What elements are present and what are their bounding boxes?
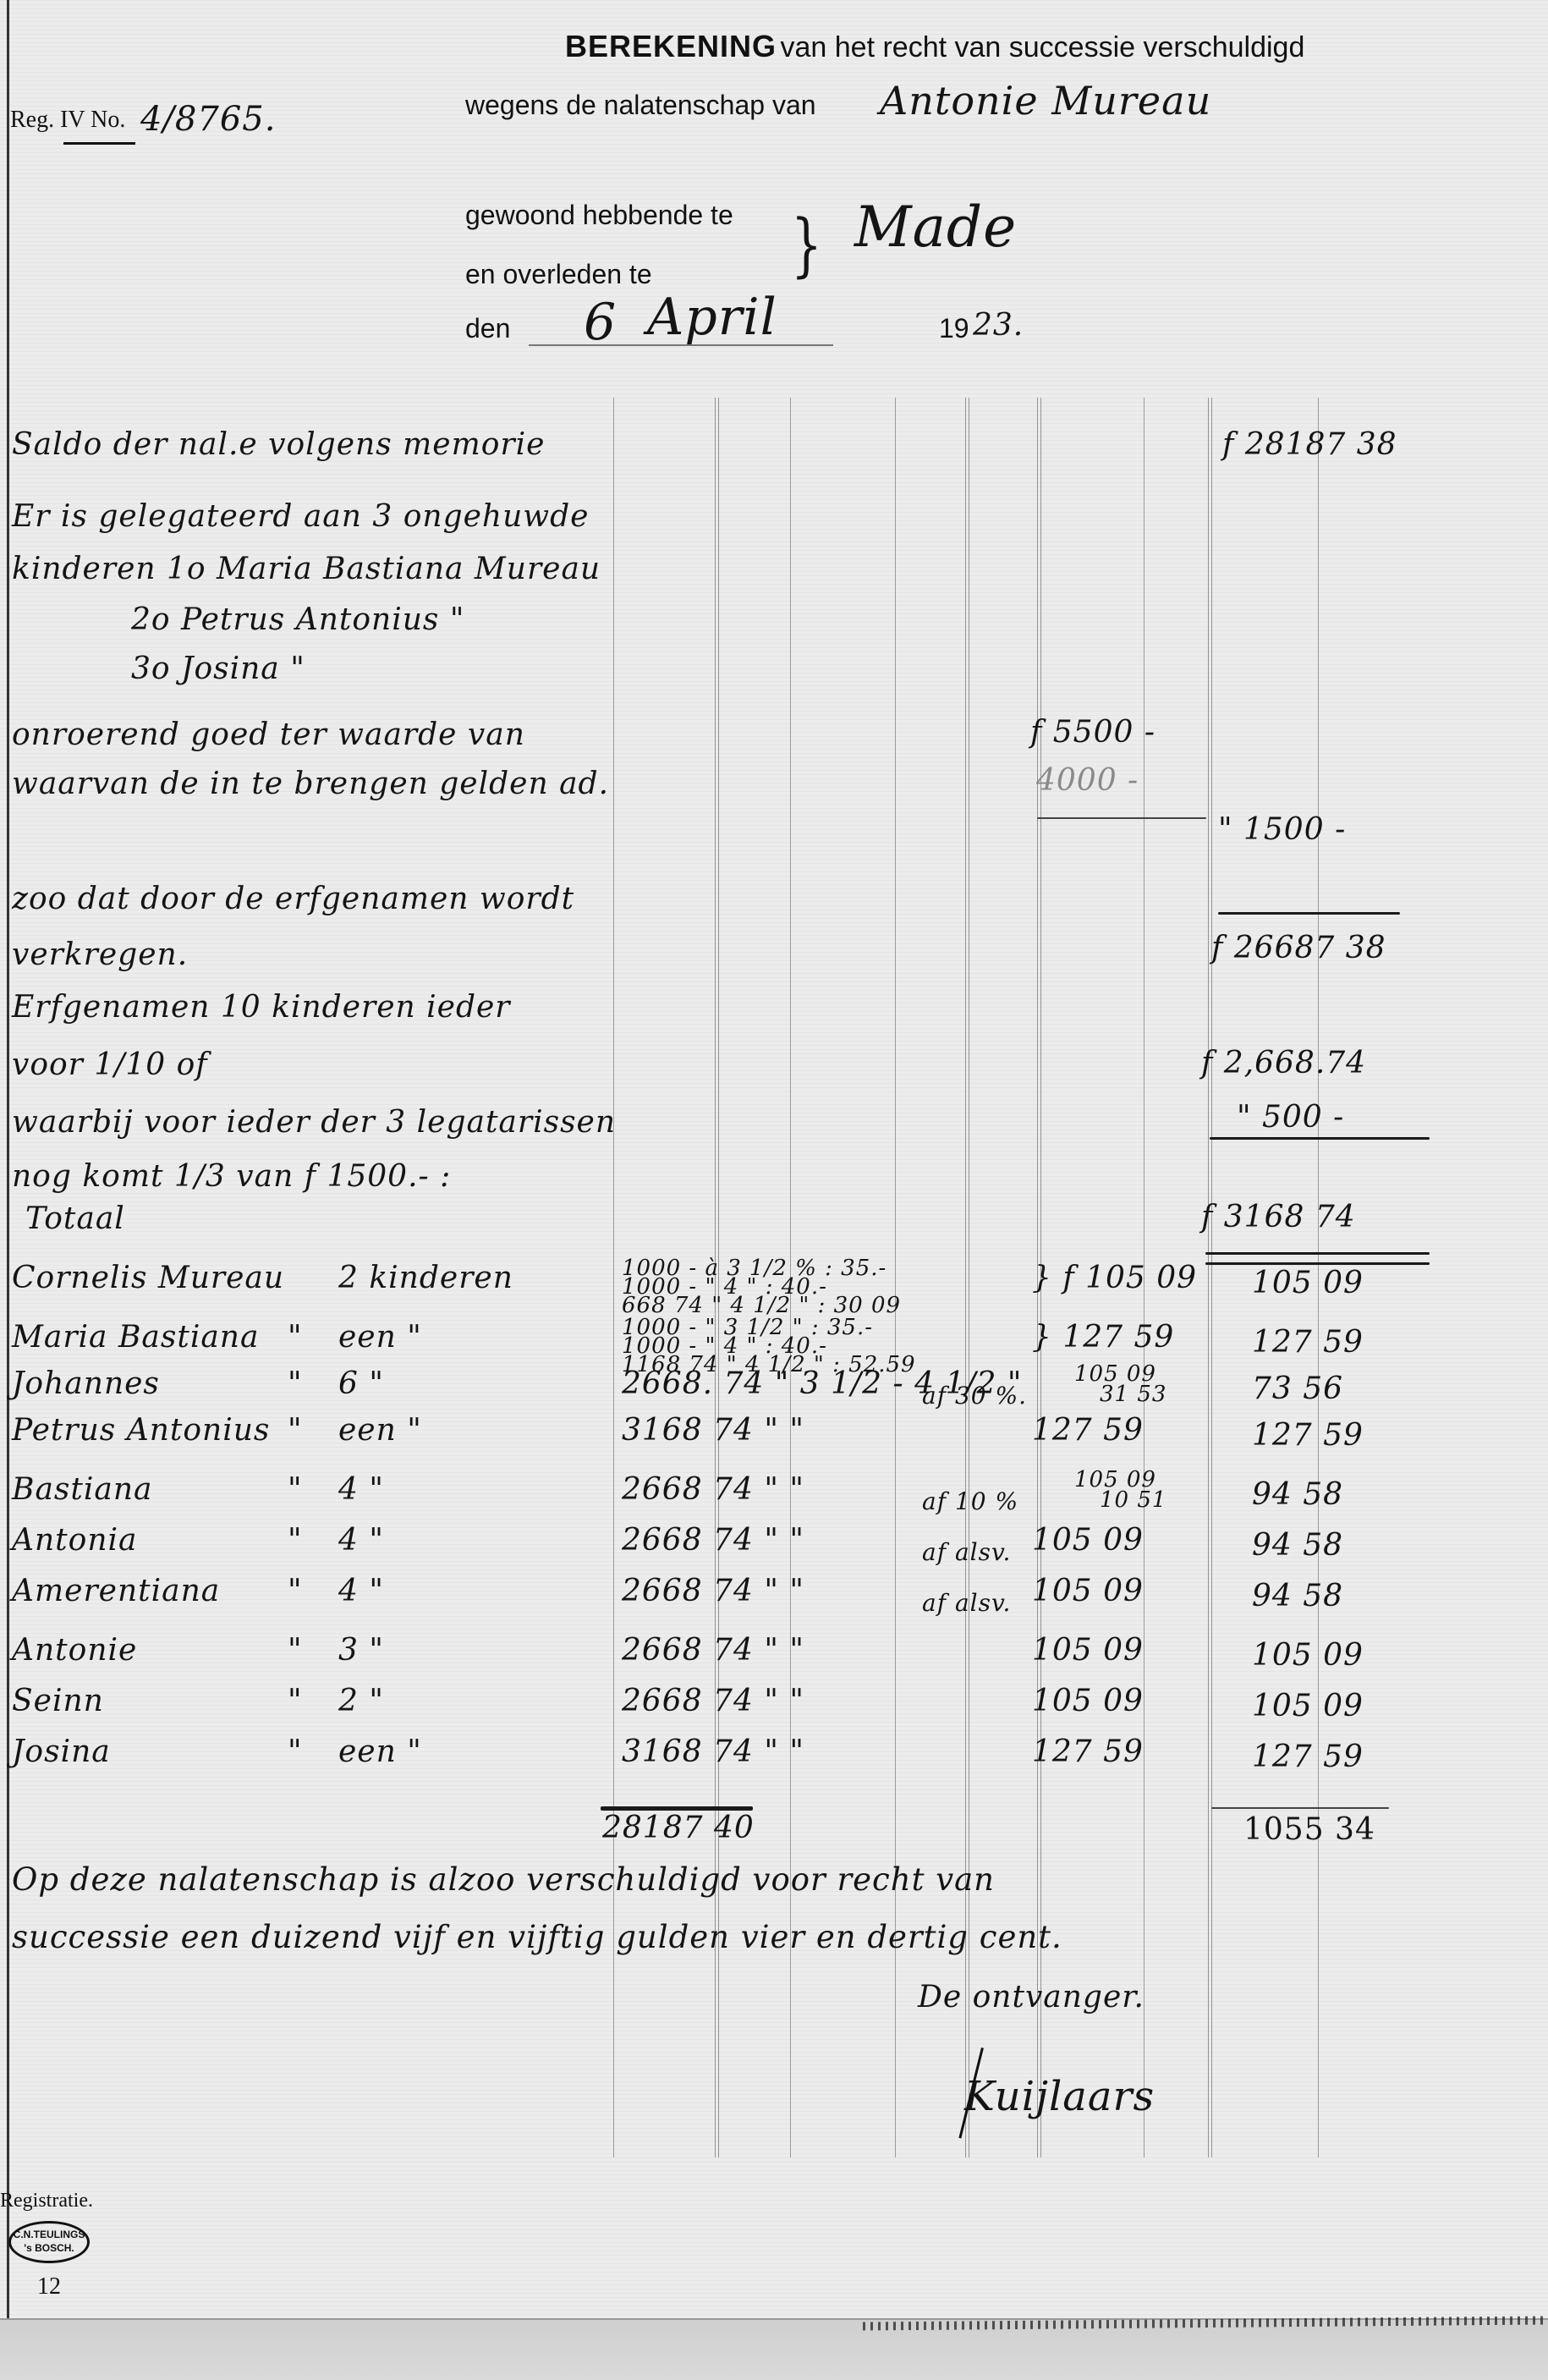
heir-deduction-note: af 10 % bbox=[922, 1487, 1018, 1515]
place-bracket: } bbox=[791, 204, 823, 284]
heir-children: 4 " bbox=[338, 1574, 384, 1608]
heir-children: 4 " bbox=[338, 1472, 384, 1507]
residence-label: gewoond hebbende te bbox=[465, 200, 733, 231]
heir-tax-net: 94 58 bbox=[1252, 1477, 1343, 1512]
heir-tax-gross: 127 59 bbox=[1032, 1734, 1144, 1769]
calc-line: 3o Josina " bbox=[131, 651, 305, 686]
base-total: 28187 40 bbox=[602, 1811, 755, 1845]
date-underline bbox=[529, 344, 833, 346]
calc-line: Erfgenamen 10 kinderen ieder bbox=[12, 990, 511, 1025]
heir-deduction-note: af 30 %. bbox=[922, 1382, 1027, 1410]
heir-name: Cornelis Mureau bbox=[12, 1261, 284, 1295]
heir-ditto: " bbox=[288, 1320, 303, 1355]
conclusion-line: successie een duizend vijf en vijftig gu… bbox=[12, 1919, 1062, 1955]
heir-children: een " bbox=[338, 1413, 422, 1448]
heir-tax-gross: 105 09 bbox=[1032, 1684, 1144, 1718]
double-rule-top bbox=[1205, 1252, 1430, 1255]
calc-amount: " 500 - bbox=[1237, 1100, 1344, 1135]
heir-tax-gross: 105 09 bbox=[1032, 1523, 1144, 1558]
title-rest: van het recht van successie verschuldigd bbox=[780, 31, 1304, 63]
death-place-label: en overleden te bbox=[465, 259, 652, 290]
sum-rule bbox=[1218, 912, 1400, 915]
heir-tax-gross: 105 09 bbox=[1032, 1574, 1144, 1608]
printed-registratie: Registratie. bbox=[0, 2190, 93, 2212]
tax-total-rule bbox=[1211, 1807, 1389, 1809]
heir-ditto: " bbox=[288, 1684, 303, 1718]
heir-name: Amerentiana bbox=[12, 1574, 220, 1608]
heir-tax-deduction: 31 53 bbox=[1100, 1382, 1166, 1407]
heir-deduction-note: af alsv. bbox=[922, 1538, 1011, 1566]
heir-tax-gross: 127 59 bbox=[1032, 1413, 1144, 1448]
place-name: Made bbox=[854, 195, 1017, 260]
heir-name: Petrus Antonius bbox=[12, 1413, 270, 1448]
heir-children: 4 " bbox=[338, 1523, 384, 1558]
heir-children: een " bbox=[338, 1734, 422, 1769]
heir-ditto: " bbox=[288, 1633, 303, 1668]
sum-rule bbox=[1210, 1137, 1430, 1140]
heir-tax-gross: } 127 59 bbox=[1032, 1320, 1174, 1355]
scan-bottom-edge bbox=[0, 2318, 1548, 2380]
heir-name: Bastiana bbox=[12, 1472, 152, 1507]
heir-tax-gross: } f 105 09 bbox=[1032, 1261, 1197, 1295]
column-rule bbox=[1208, 398, 1212, 2157]
calc-line: onroerend goed ter waarde van bbox=[12, 717, 525, 752]
double-rule-bottom bbox=[1205, 1262, 1430, 1265]
heir-name: Antonia bbox=[12, 1523, 138, 1558]
calc-amount-mid: f 5500 - bbox=[1030, 715, 1156, 750]
heir-name: Antonie bbox=[12, 1633, 137, 1668]
heir-tax-net: 73 56 bbox=[1252, 1371, 1343, 1406]
form-number: 12 bbox=[37, 2273, 61, 2300]
calc-amount: f 2,668.74 bbox=[1201, 1046, 1366, 1080]
heir-tax-net: 94 58 bbox=[1252, 1528, 1343, 1563]
estate-label: wegens de nalatenschap van bbox=[465, 90, 816, 121]
calc-line: voor 1/10 of bbox=[12, 1047, 208, 1082]
calc-line: waarbij voor ieder der 3 legatarissen bbox=[12, 1105, 616, 1140]
register-underline bbox=[63, 142, 135, 145]
heir-tax-deduction: 10 51 bbox=[1100, 1487, 1166, 1513]
heir-ditto: " bbox=[288, 1472, 303, 1507]
heir-tax-net: 127 59 bbox=[1252, 1325, 1364, 1360]
subtraction-rule bbox=[1037, 817, 1206, 819]
register-number: 4/8765. bbox=[140, 100, 276, 139]
heir-children: 6 " bbox=[338, 1366, 384, 1401]
closing-title: De ontvanger. bbox=[918, 1980, 1145, 2014]
calc-line: verkregen. bbox=[12, 937, 188, 972]
heir-base-calc: 2668 74 " " bbox=[622, 1684, 804, 1718]
deceased-name: Antonie Mureau bbox=[880, 78, 1211, 124]
calc-line-total: Totaal bbox=[25, 1201, 125, 1236]
heir-base-calc: 2668 74 " " bbox=[622, 1574, 804, 1608]
calc-amount: f 28187 38 bbox=[1222, 427, 1397, 462]
heir-tax-net: 94 58 bbox=[1252, 1579, 1343, 1613]
date-label: den bbox=[465, 313, 510, 344]
heir-name: Josina bbox=[12, 1734, 111, 1769]
heir-tax-net: 105 09 bbox=[1252, 1689, 1364, 1723]
year-suffix: 23. bbox=[973, 308, 1024, 343]
calc-amount-mid: 4000 - bbox=[1036, 763, 1139, 798]
heir-name: Seinn bbox=[12, 1684, 104, 1718]
heir-tax-gross: 105 09 bbox=[1032, 1633, 1144, 1668]
form-title: BEREKENING van het recht van successie v… bbox=[565, 29, 1304, 64]
heir-tax-net: 105 09 bbox=[1252, 1638, 1364, 1673]
heir-ditto: " bbox=[288, 1523, 303, 1558]
heir-ditto: " bbox=[288, 1734, 303, 1769]
heir-children: 2 kinderen bbox=[338, 1261, 513, 1295]
heir-children: 3 " bbox=[338, 1633, 384, 1668]
stamp-line: 's BOSCH. bbox=[11, 2241, 87, 2255]
printer-stamp: C.N.TEULINGS 's BOSCH. bbox=[8, 2221, 90, 2263]
calc-line: zoo dat door de erfgenamen wordt bbox=[12, 882, 574, 916]
binding-edge bbox=[7, 0, 9, 2318]
calc-line: Saldo der nal.e volgens memorie bbox=[12, 427, 545, 462]
tax-total: 1055 34 bbox=[1243, 1812, 1375, 1847]
heir-name: Maria Bastiana bbox=[12, 1320, 259, 1355]
register-label: Reg. IV No. bbox=[10, 107, 125, 134]
heir-tax-net: 105 09 bbox=[1252, 1266, 1364, 1300]
calc-line: waarvan de in te brengen gelden ad. bbox=[12, 767, 609, 801]
heir-tax-net: 127 59 bbox=[1252, 1418, 1364, 1453]
heir-base-calc: 2668 74 " " bbox=[622, 1523, 804, 1558]
signature: Kuijlaars bbox=[964, 2073, 1155, 2120]
heir-base-calc: 3168 74 " " bbox=[622, 1413, 804, 1448]
heir-ditto: " bbox=[288, 1574, 303, 1608]
calc-line: kinderen 1o Maria Bastiana Mureau bbox=[12, 552, 601, 586]
calc-line: Er is gelegateerd aan 3 ongehuwde bbox=[12, 499, 589, 534]
heir-base-calc: 3168 74 " " bbox=[622, 1734, 804, 1769]
heir-children: een " bbox=[338, 1320, 422, 1355]
death-month: April bbox=[647, 288, 777, 347]
year-prefix: 19 bbox=[939, 313, 969, 344]
heir-tax-net: 127 59 bbox=[1252, 1740, 1364, 1774]
heir-base-calc: 2668 74 " " bbox=[622, 1633, 804, 1668]
death-day: 6 bbox=[584, 293, 617, 352]
calc-line: nog komt 1/3 van f 1500.- : bbox=[12, 1159, 451, 1194]
total-amount: f 3168 74 bbox=[1201, 1200, 1356, 1234]
title-bold: BEREKENING bbox=[565, 29, 777, 63]
stamp-line: C.N.TEULINGS bbox=[11, 2228, 87, 2241]
conclusion-line: Op deze nalatenschap is alzoo verschuldi… bbox=[12, 1861, 995, 1898]
heir-deduction-note: af alsv. bbox=[922, 1589, 1011, 1617]
calc-amount: " 1500 - bbox=[1218, 812, 1346, 847]
heir-ditto: " bbox=[288, 1413, 303, 1448]
heir-ditto: " bbox=[288, 1366, 303, 1401]
calc-amount: f 26687 38 bbox=[1211, 931, 1386, 965]
heir-base-calc: 2668 74 " " bbox=[622, 1472, 804, 1507]
heir-name: Johannes bbox=[12, 1366, 160, 1401]
heir-children: 2 " bbox=[338, 1684, 384, 1718]
calc-line: 2o Petrus Antonius " bbox=[131, 602, 464, 637]
